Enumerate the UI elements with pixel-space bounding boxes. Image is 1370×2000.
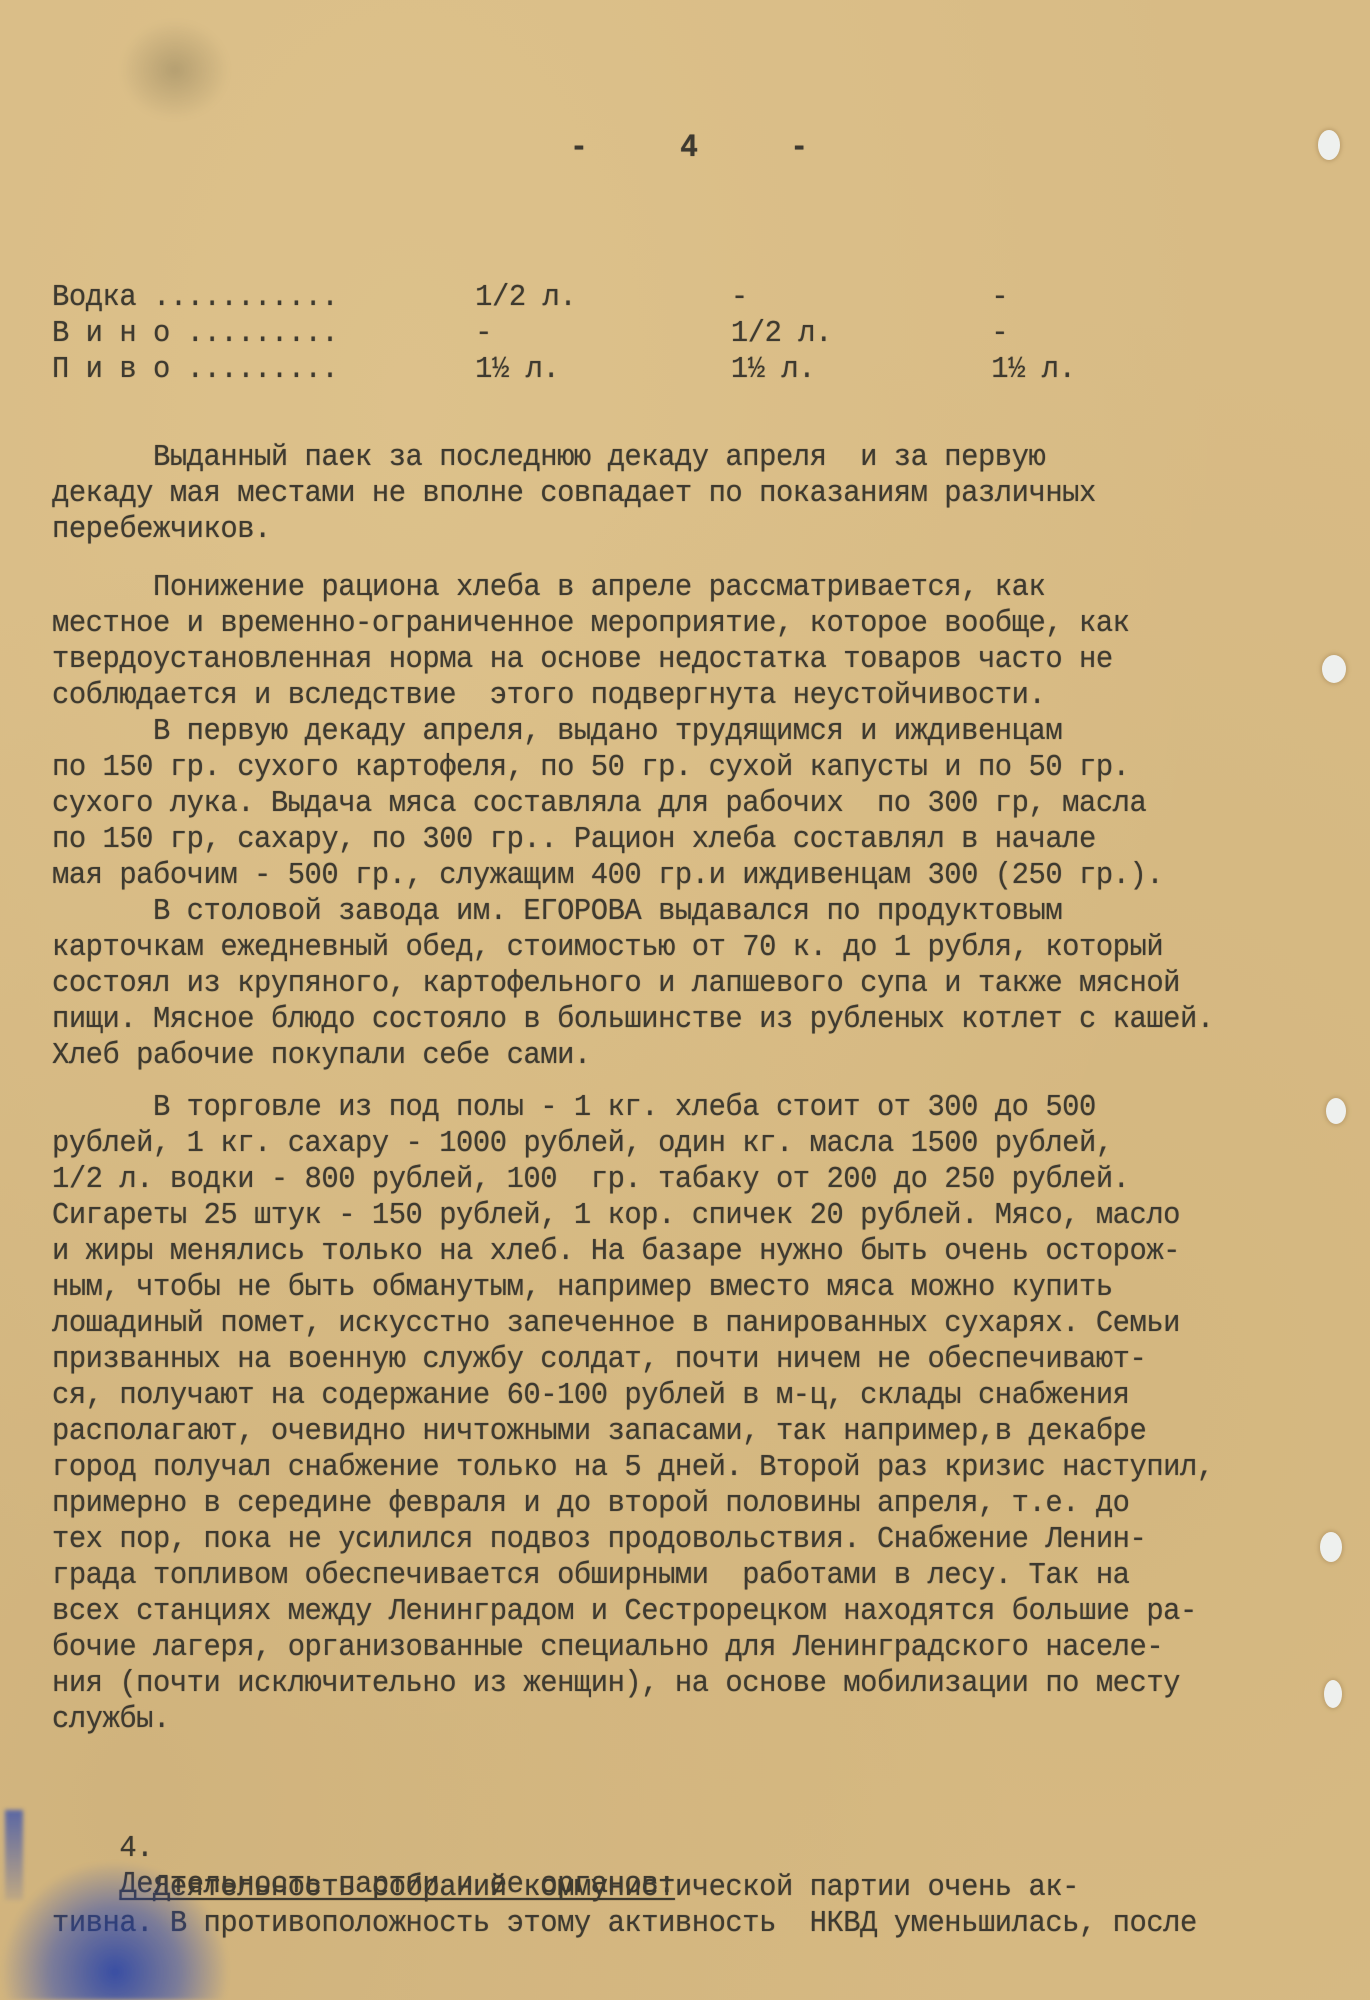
text-line: В торговле из под полы - 1 кг. хлеба сто… xyxy=(52,1090,1214,1126)
text-line: ным, чтобы не быть обманутым, например в… xyxy=(52,1270,1214,1306)
punch-hole xyxy=(1326,1098,1346,1124)
text-line: состоял из крупяного, картофельного и ла… xyxy=(52,966,1214,1002)
punch-hole xyxy=(1322,655,1346,683)
ink-stain xyxy=(0,1860,230,2000)
text-line: Выданный паек за последнюю декаду апреля… xyxy=(52,440,1096,476)
ration-value: - xyxy=(991,280,1008,316)
ration-value: 1½ л. xyxy=(991,352,1075,388)
ration-value: - xyxy=(991,316,1008,352)
paragraph-party-activity: Деятельность собраний коммунистической п… xyxy=(52,1870,1283,1942)
paragraph-bread-ration: Понижение рациона хлеба в апреле рассмат… xyxy=(52,570,1301,1074)
text-line: бочие лагеря, организованные специально … xyxy=(52,1630,1214,1666)
text-line: ния (почти исключительно из женщин), на … xyxy=(52,1666,1214,1702)
text-line: мая рабочим - 500 гр., служащим 400 гр.и… xyxy=(52,858,1214,894)
ration-value: - xyxy=(475,316,492,352)
ration-value: 1/2 л. xyxy=(731,316,832,352)
ration-item: В и н о ......... xyxy=(52,316,338,352)
document-page: - 4 - Водка ...........1/2 л.--В и н о .… xyxy=(0,0,1370,2000)
stamp-smudge xyxy=(120,20,230,120)
text-line: располагают, очевидно ничтожными запасам… xyxy=(52,1414,1214,1450)
text-line: лошадиный помет, искусстно запеченное в … xyxy=(52,1306,1214,1342)
ration-value: 1½ л. xyxy=(731,352,815,388)
text-line: Хлеб рабочие покупали себе сами. xyxy=(52,1038,1214,1074)
text-line: всех станциях между Ленинградом и Сестро… xyxy=(52,1594,1214,1630)
text-line: по 150 гр. сухого картофеля, по 50 гр. с… xyxy=(52,750,1214,786)
punch-hole xyxy=(1318,130,1340,160)
text-line: 1/2 л. водки - 800 рублей, 100 гр. табак… xyxy=(52,1162,1214,1198)
text-line: перебежчиков. xyxy=(52,512,1096,548)
text-line: по 150 гр, сахару, по 300 гр.. Рацион хл… xyxy=(52,822,1214,858)
text-line: В первую декаду апреля, выдано трудящимс… xyxy=(52,714,1214,750)
text-line: В столовой завода им. ЕГОРОВА выдавался … xyxy=(52,894,1214,930)
ration-value: 1½ л. xyxy=(475,352,559,388)
text-line: карточкам ежедневный обед, стоимостью от… xyxy=(52,930,1214,966)
text-line: ся, получают на содержание 60-100 рублей… xyxy=(52,1378,1214,1414)
text-line: декаду мая местами не вполне совпадает п… xyxy=(52,476,1096,512)
text-line: призванных на военную службу солдат, поч… xyxy=(52,1342,1214,1378)
text-line: соблюдается и вследствие этого подвергну… xyxy=(52,678,1214,714)
text-line: сухого лука. Выдача мяса составляла для … xyxy=(52,786,1214,822)
punch-hole xyxy=(1324,1680,1342,1708)
text-line: твердоустановленная норма на основе недо… xyxy=(52,642,1214,678)
text-line: город получал снабжение только на 5 дней… xyxy=(52,1450,1214,1486)
text-line: пищи. Мясное блюдо состояло в большинств… xyxy=(52,1002,1214,1038)
text-line: примерно в середине февраля и до второй … xyxy=(52,1486,1214,1522)
paragraph-black-market: В торговле из под полы - 1 кг. хлеба сто… xyxy=(52,1090,1301,1738)
text-line: града топливом обеспечивается обширными … xyxy=(52,1558,1214,1594)
ration-value: - xyxy=(731,280,748,316)
ration-item: П и в о ......... xyxy=(52,352,338,388)
text-line: и жиры менялись только на хлеб. На базар… xyxy=(52,1234,1214,1270)
text-line: рублей, 1 кг. сахару - 1000 рублей, один… xyxy=(52,1126,1214,1162)
page-number: - 4 - xyxy=(570,130,845,166)
text-line: Сигареты 25 штук - 150 рублей, 1 кор. сп… xyxy=(52,1198,1214,1234)
punch-hole xyxy=(1320,1532,1342,1562)
text-line: службы. xyxy=(52,1702,1214,1738)
text-line: Понижение рациона хлеба в апреле рассмат… xyxy=(52,570,1214,606)
ration-value: 1/2 л. xyxy=(475,280,576,316)
text-line: тех пор, пока не усилился подвоз продово… xyxy=(52,1522,1214,1558)
text-line: местное и временно-ограниченное мероприя… xyxy=(52,606,1214,642)
ration-item: Водка ........... xyxy=(52,280,338,316)
paragraph-ration-note: Выданный паек за последнюю декаду апреля… xyxy=(52,440,1174,548)
